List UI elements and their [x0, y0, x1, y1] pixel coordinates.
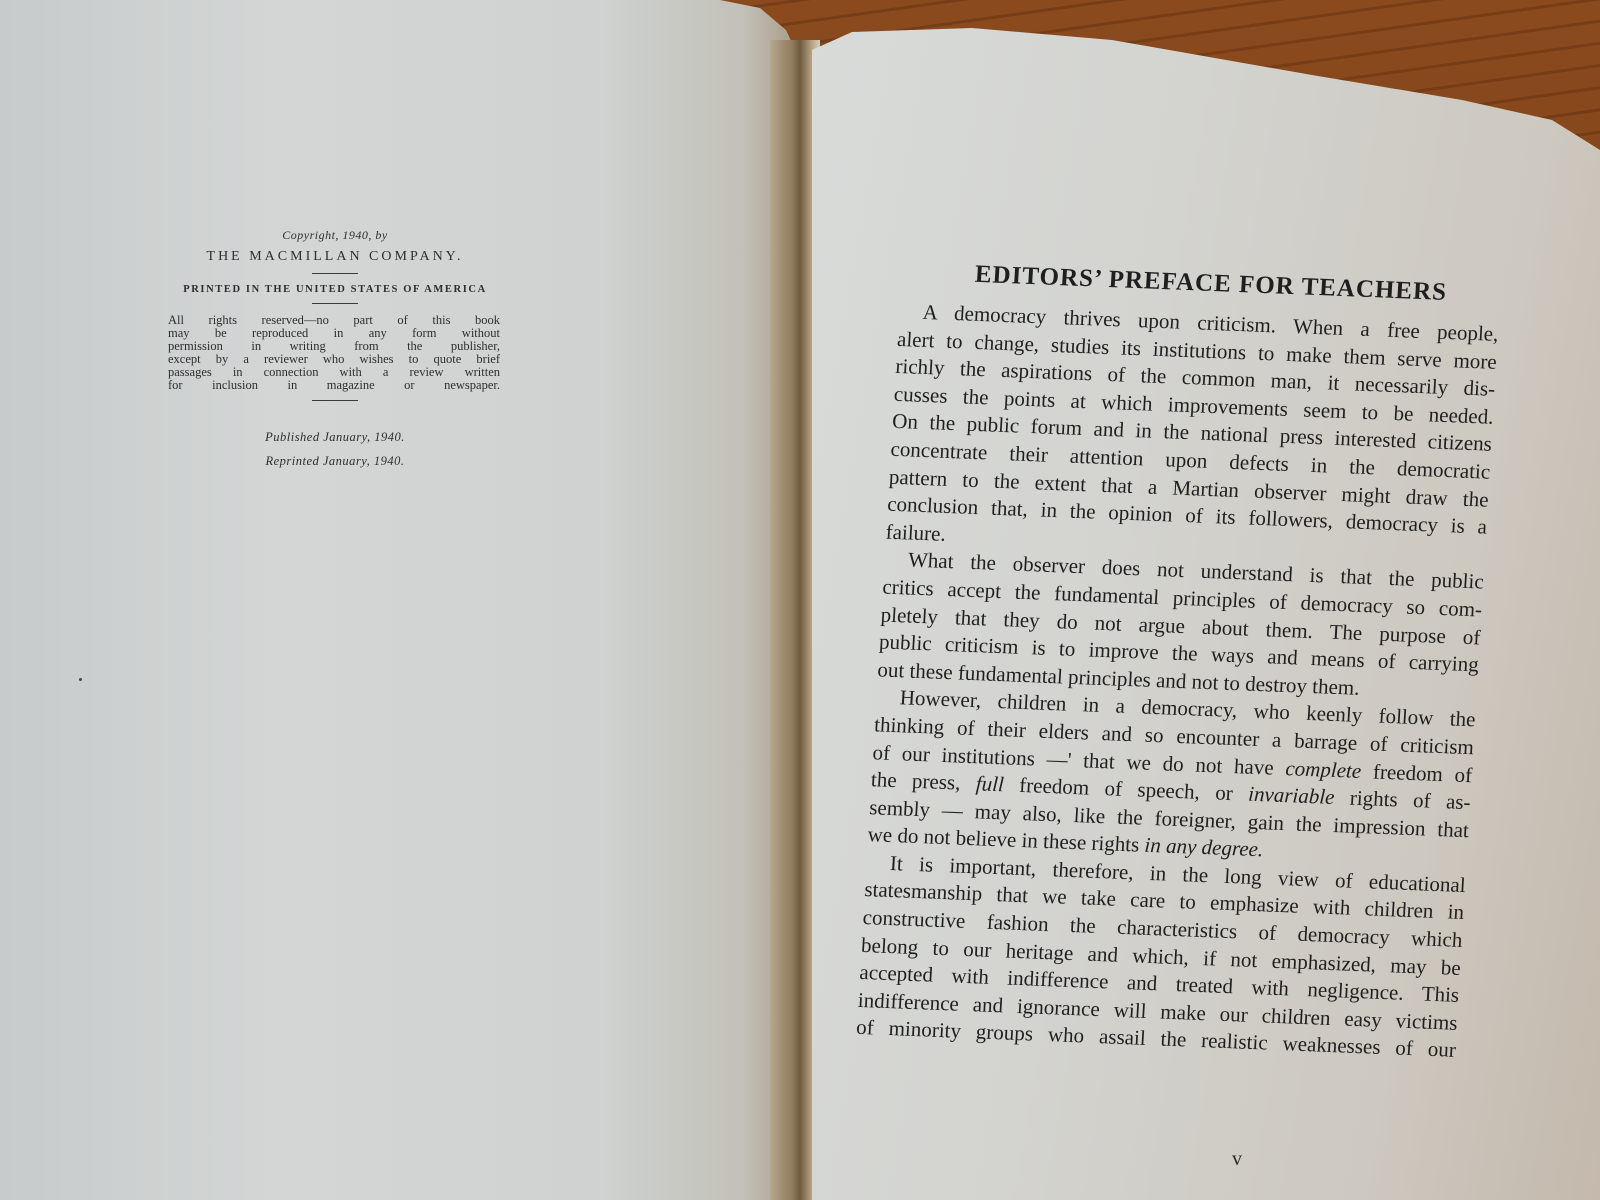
emphasis: invariable	[1248, 782, 1336, 809]
divider	[312, 400, 358, 401]
publisher-name: THE MACMILLAN COMPANY.	[160, 249, 510, 265]
rights-notice: All rights reserved—no part of this book…	[168, 314, 500, 392]
publication-dates: Published January, 1940. Reprinted Janua…	[160, 425, 510, 473]
printed-in-line: PRINTED IN THE UNITED STATES OF AMERICA	[160, 284, 510, 295]
left-page: Copyright, 1940, by THE MACMILLAN COMPAN…	[0, 0, 800, 1200]
text-fragment: freedom of	[1361, 759, 1473, 787]
preface-text: EDITORS’ PREFACE FOR TEACHERS A democrac…	[855, 258, 1501, 1065]
published-date: Published January, 1940.	[160, 425, 510, 449]
paragraph-2: What the observer does not understand is…	[877, 546, 1485, 707]
emphasis: complete	[1285, 756, 1362, 783]
paragraph-1: A democracy thrives upon criticism. When…	[885, 298, 1499, 569]
paragraph-3: However, children in a democracy, who ke…	[867, 684, 1476, 872]
copyright-block: Copyright, 1940, by THE MACMILLAN COMPAN…	[160, 228, 510, 473]
rights-line: for inclusion in magazine or newspaper.	[168, 379, 500, 392]
paper-speck	[79, 678, 82, 681]
text-fragment: the press,	[870, 767, 976, 795]
page-number: v	[1232, 1148, 1242, 1171]
copyright-line: Copyright, 1940, by	[160, 228, 510, 243]
emphasis: full	[975, 771, 1004, 796]
text-fragment: rights of as-	[1334, 785, 1471, 814]
divider	[312, 273, 358, 274]
emphasis: in any degree.	[1144, 833, 1264, 862]
open-book-photo: Copyright, 1940, by THE MACMILLAN COMPAN…	[0, 0, 1600, 1200]
paragraph-4: It is important, therefore, in the long …	[855, 849, 1466, 1065]
divider	[312, 303, 358, 304]
reprinted-date: Reprinted January, 1940.	[160, 449, 510, 473]
